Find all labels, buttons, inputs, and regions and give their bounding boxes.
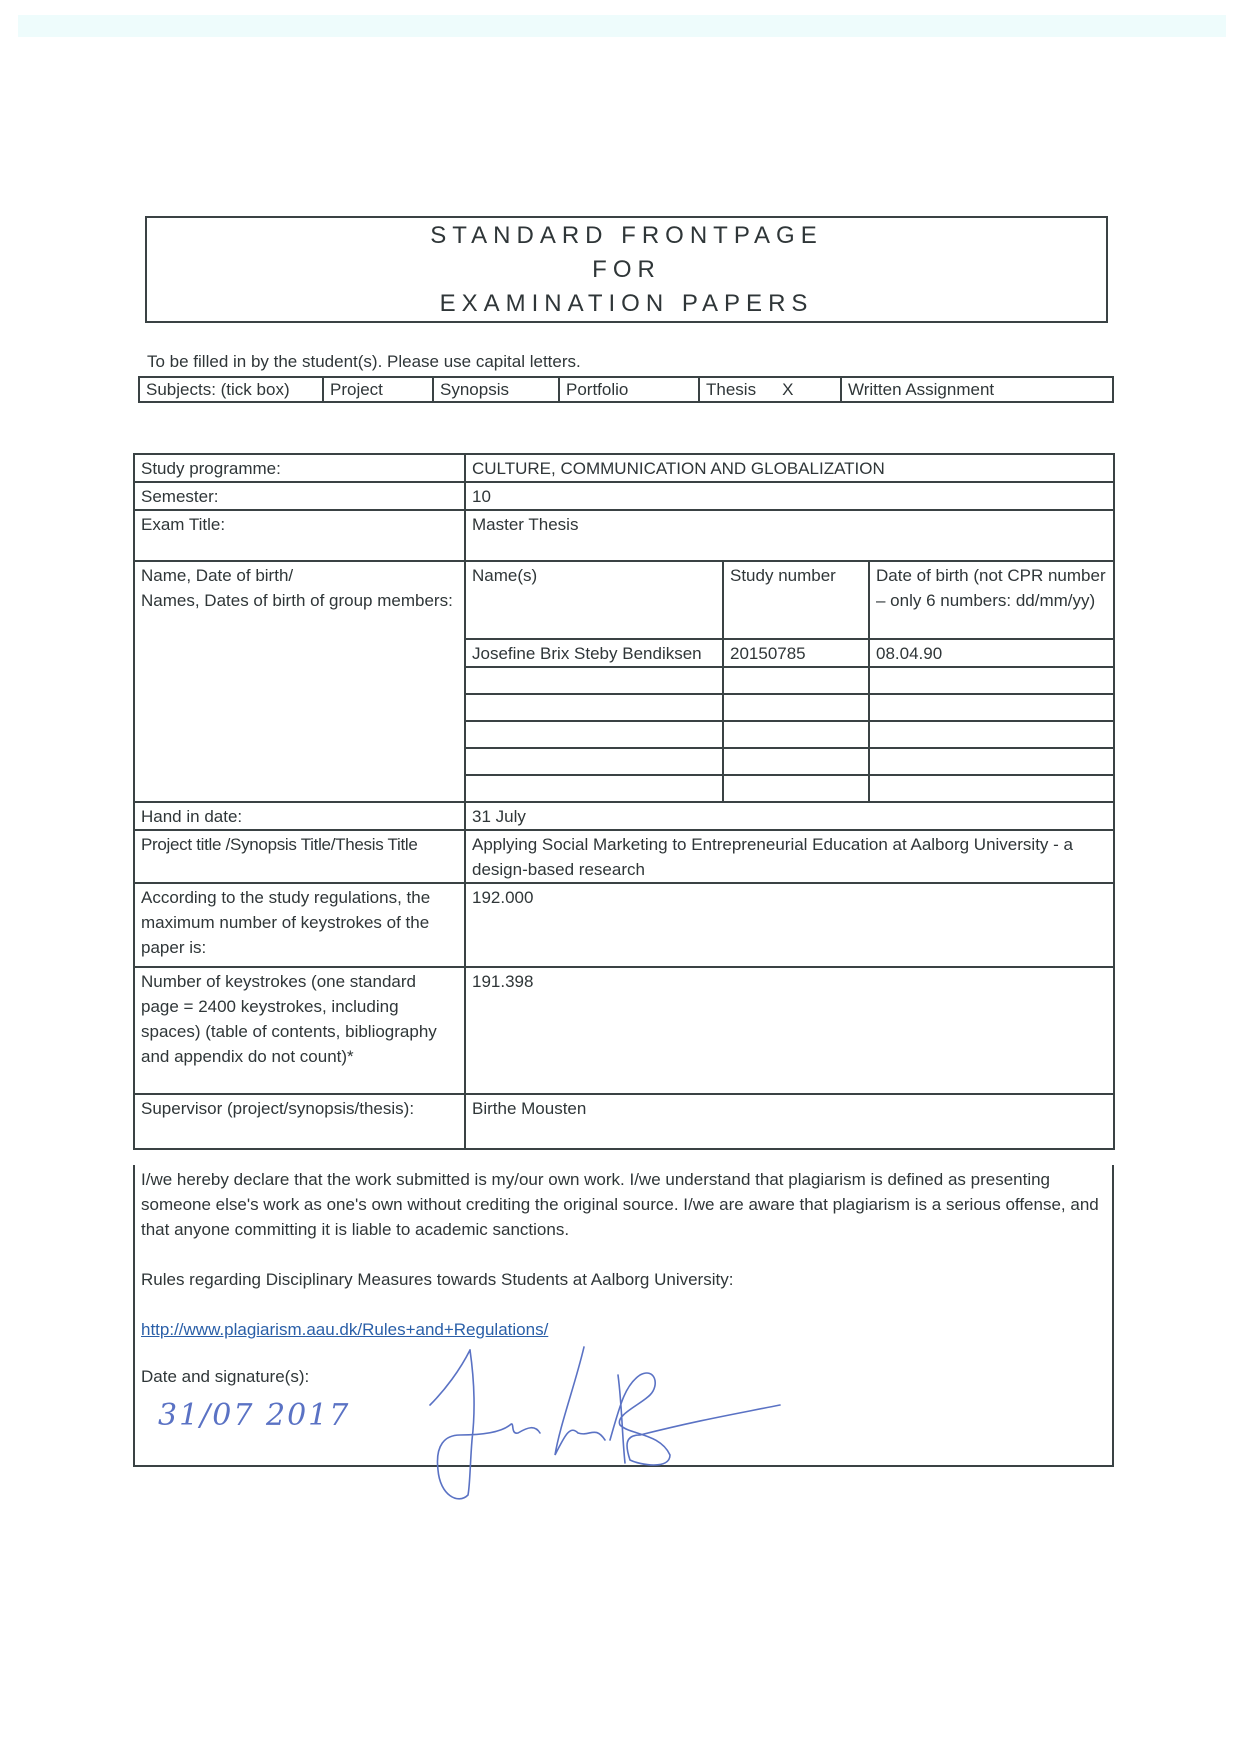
member-row [466, 775, 1113, 801]
member-dob[interactable] [869, 694, 1113, 721]
rules-link[interactable]: http://www.plagiarism.aau.dk/Rules+and+R… [141, 1320, 548, 1339]
semester-value[interactable]: 10 [465, 482, 1114, 510]
member-row [466, 748, 1113, 775]
members-cell: Name(s) Study number Date of birth (not … [465, 561, 1114, 802]
project-title-label: Project title /Synopsis Title/Thesis Tit… [134, 830, 465, 883]
member-name[interactable] [466, 694, 723, 721]
subject-option-portfolio[interactable]: Portfolio [559, 377, 699, 402]
max-keystrokes-value[interactable]: 192.000 [465, 883, 1114, 967]
subject-option-project[interactable]: Project [323, 377, 433, 402]
project-title-value[interactable]: Applying Social Marketing to Entrepreneu… [465, 830, 1114, 883]
title-line-1: STANDARD FRONTPAGE [430, 219, 822, 253]
study-programme-value[interactable]: CULTURE, COMMUNICATION AND GLOBALIZATION [465, 454, 1114, 482]
supervisor-value[interactable]: Birthe Mousten [465, 1094, 1114, 1149]
members-label-line-1: Name, Date of birth/ [141, 563, 458, 588]
subject-option-thesis[interactable]: ThesisX [699, 377, 841, 402]
supervisor-label: Supervisor (project/synopsis/thesis): [134, 1094, 465, 1149]
member-dob[interactable] [869, 748, 1113, 775]
title-box: STANDARD FRONTPAGE FOR EXAMINATION PAPER… [145, 216, 1108, 323]
member-study-number[interactable]: 20150785 [723, 639, 869, 667]
title-line-2: FOR [592, 253, 661, 287]
member-name[interactable] [466, 775, 723, 801]
subjects-label: Subjects: (tick box) [139, 377, 323, 402]
tick-mark: X [782, 380, 793, 399]
member-study-number[interactable] [723, 721, 869, 748]
subject-option-synopsis[interactable]: Synopsis [433, 377, 559, 402]
option-label: Portfolio [566, 380, 628, 399]
title-line-3: EXAMINATION PAPERS [440, 287, 814, 321]
study-programme-label: Study programme: [134, 454, 465, 482]
max-keystrokes-label: According to the study regulations, the … [134, 883, 465, 967]
member-row: Josefine Brix Steby Bendiksen 20150785 0… [466, 639, 1113, 667]
member-name[interactable]: Josefine Brix Steby Bendiksen [466, 639, 723, 667]
declaration-text: I/we hereby declare that the work submit… [141, 1167, 1106, 1242]
member-study-number[interactable] [723, 748, 869, 775]
option-label: Thesis [706, 380, 756, 399]
instruction-text: To be filled in by the student(s). Pleas… [147, 352, 581, 372]
keystrokes-label: Number of keystrokes (one standard page … [134, 967, 465, 1094]
member-study-number[interactable] [723, 667, 869, 694]
hand-in-date-label: Hand in date: [134, 802, 465, 830]
member-dob[interactable] [869, 667, 1113, 694]
keystrokes-value[interactable]: 191.398 [465, 967, 1114, 1094]
member-row [466, 721, 1113, 748]
exam-title-value[interactable]: Master Thesis [465, 510, 1114, 561]
handwritten-date: 31/07 2017 [158, 1398, 350, 1433]
member-study-number[interactable] [723, 775, 869, 801]
column-header-study-number: Study number [723, 562, 869, 639]
column-header-dob: Date of birth (not CPR number – only 6 n… [869, 562, 1113, 639]
member-name[interactable] [466, 667, 723, 694]
semester-label: Semester: [134, 482, 465, 510]
option-label: Written Assignment [848, 380, 994, 399]
member-dob[interactable]: 08.04.90 [869, 639, 1113, 667]
option-label: Project [330, 380, 383, 399]
scan-artifact-band [18, 15, 1226, 37]
member-study-number[interactable] [723, 694, 869, 721]
exam-info-table: Study programme: CULTURE, COMMUNICATION … [133, 453, 1115, 1150]
member-row [466, 667, 1113, 694]
members-label: Name, Date of birth/ Names, Dates of bir… [134, 561, 465, 802]
rules-label: Rules regarding Disciplinary Measures to… [141, 1267, 1106, 1292]
subjects-table: Subjects: (tick box) Project Synopsis Po… [138, 376, 1114, 403]
member-dob[interactable] [869, 775, 1113, 801]
subject-option-written-assignment[interactable]: Written Assignment [841, 377, 1113, 402]
member-row [466, 694, 1113, 721]
members-label-line-2: Names, Dates of birth of group members: [141, 588, 458, 613]
member-name[interactable] [466, 721, 723, 748]
hand-in-date-value[interactable]: 31 July [465, 802, 1114, 830]
member-dob[interactable] [869, 721, 1113, 748]
member-name[interactable] [466, 748, 723, 775]
members-table: Name(s) Study number Date of birth (not … [466, 562, 1113, 801]
exam-title-label: Exam Title: [134, 510, 465, 561]
option-label: Synopsis [440, 380, 509, 399]
column-header-names: Name(s) [466, 562, 723, 639]
signature-icon [400, 1345, 900, 1505]
